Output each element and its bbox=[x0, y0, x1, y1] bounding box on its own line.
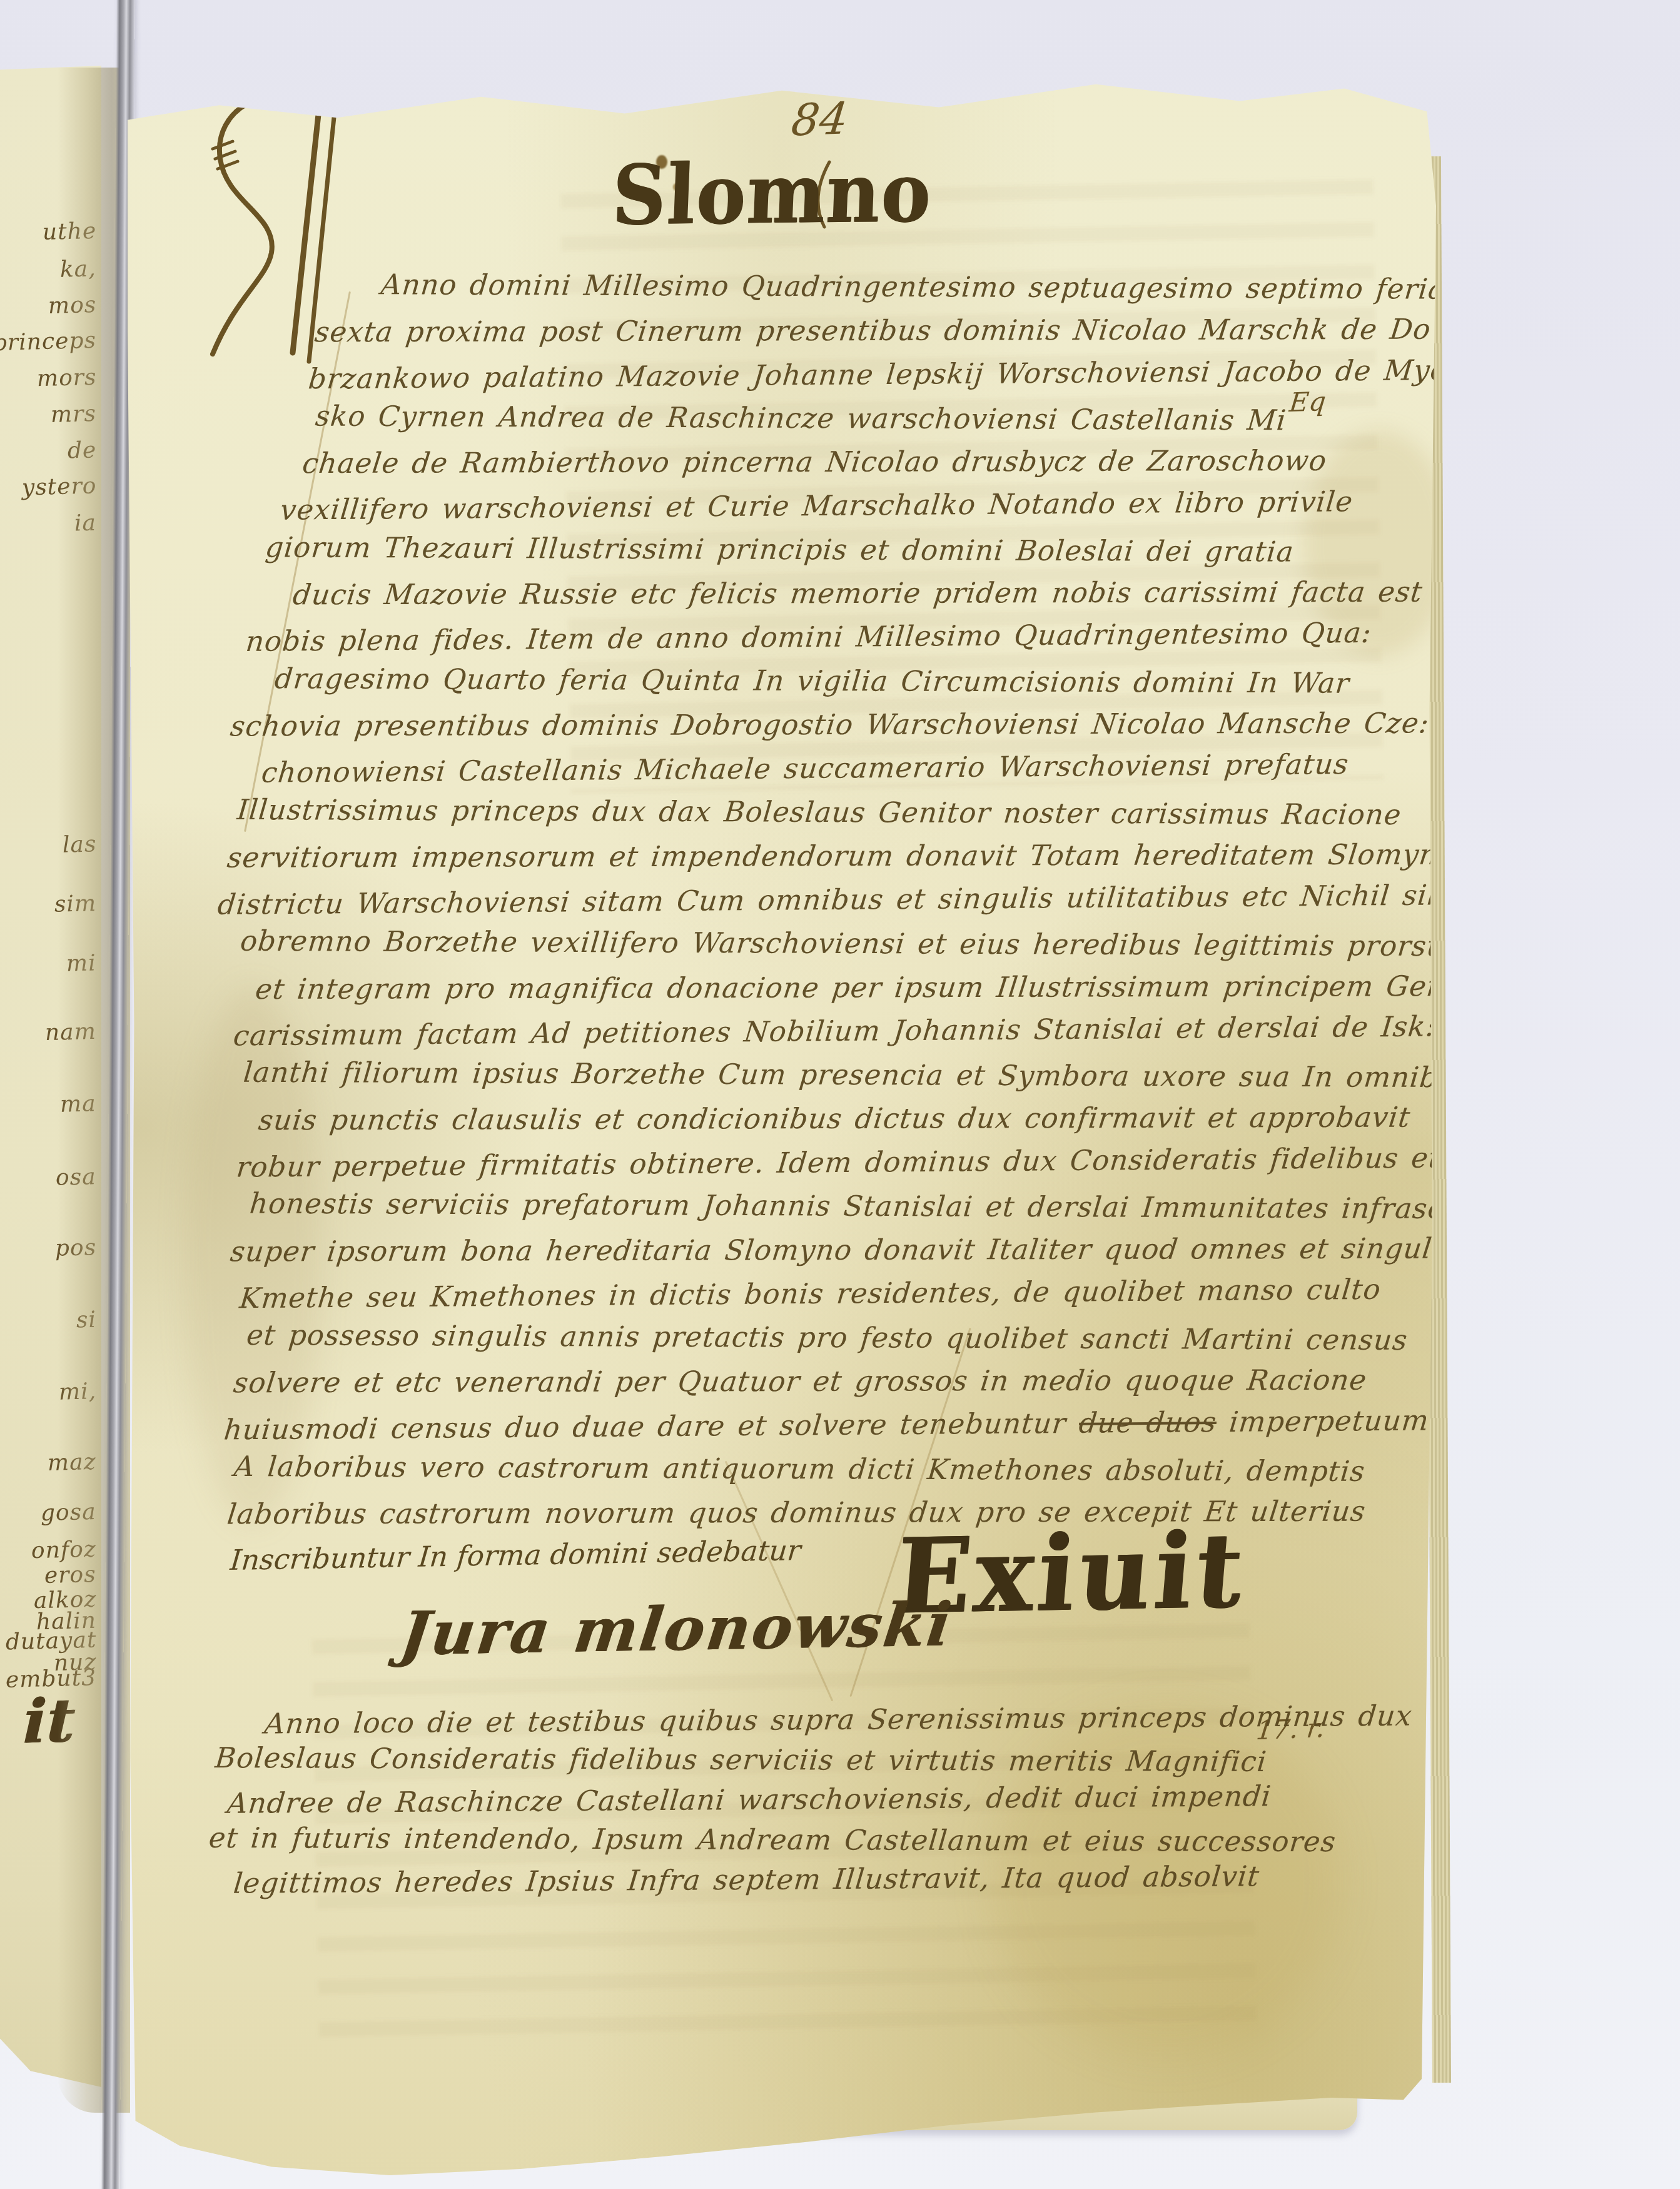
manuscript-line: lanthi filiorum ipsius Borzethe Cum pres… bbox=[242, 1056, 1474, 1094]
manuscript-line: obremno Borzethe vexillifero Warschovien… bbox=[239, 924, 1462, 963]
manuscript-line: giorum Thezauri Illustrissimi principis … bbox=[264, 530, 1295, 568]
manuscript-line: A laboribus vero castrorum antiquorum di… bbox=[233, 1450, 1367, 1488]
manuscript-line: et integram pro magnifica donacione per … bbox=[253, 969, 1680, 1006]
manuscript-line: honestis serviciis prefatorum Johannis S… bbox=[248, 1187, 1532, 1226]
manuscript-line: districtu Warschoviensi sitam Cum omnibu… bbox=[216, 878, 1457, 921]
manuscript-line: solvere et etc venerandi per Quatuor et … bbox=[232, 1363, 1369, 1400]
manuscript-line: et in futuris intendendo, Ipsum Andream … bbox=[208, 1821, 1337, 1858]
manuscript-line: Illustrissimus princeps dux dax Boleslau… bbox=[236, 793, 1403, 831]
manuscript-photo: uthe ka, mos princeps mors mrs de ystero… bbox=[0, 0, 1680, 2189]
manuscript-line: Anno domini Millesimo Quadringentesimo s… bbox=[380, 268, 1447, 305]
line-text: huiusmodi census duo duae dare et solver… bbox=[223, 1407, 1081, 1447]
manuscript-line: ducis Mazovie Russie etc felicis memorie… bbox=[291, 575, 1425, 612]
manuscript-line: et possesso singulis annis pretactis pro… bbox=[245, 1318, 1409, 1357]
record1-closing-line: Inscribuntur In forma domini sedebatur bbox=[229, 1534, 802, 1577]
manuscript-line: servitiorum impensorum et impendendorum … bbox=[225, 837, 1500, 874]
manuscript-line: schovia presentibus dominis Dobrogostio … bbox=[229, 706, 1432, 742]
manuscript-line: robur perpetue firmitatis obtinere. Idem… bbox=[235, 1141, 1442, 1183]
manuscript-line: dragesimo Quarto feria Quinta In vigilia… bbox=[273, 662, 1351, 700]
manuscript-page: 84 Slomno Eq Anno domini Millesimo Quadr… bbox=[128, 80, 1436, 2175]
manuscript-line: Kmethe seu Kmethones in dictis bonis res… bbox=[238, 1273, 1383, 1315]
margin-note-eq: Eq bbox=[1288, 386, 1327, 418]
struck-word: due duos bbox=[1078, 1405, 1218, 1440]
manuscript-line: sexta proxima post Cinerum presentibus d… bbox=[313, 313, 1433, 349]
section-heading: Jura mlonowski bbox=[397, 1589, 956, 1669]
manuscript-line: chaele de Rambierthovo pincerna Nicolao … bbox=[301, 444, 1329, 480]
manuscript-line: sko Cyrnen Andrea de Raschincze warschov… bbox=[314, 400, 1288, 437]
record-title: Slomno bbox=[610, 143, 933, 244]
manuscript-line: super ipsorum bona hereditaria Slomyno d… bbox=[229, 1231, 1444, 1268]
line-text: imperpetuum bbox=[1215, 1403, 1431, 1438]
manuscript-line: Boleslaus Consideratis fidelibus servici… bbox=[214, 1741, 1268, 1778]
folio-number: 84 bbox=[789, 93, 850, 146]
manuscript-line: huiusmodi census duo duae dare et solver… bbox=[223, 1403, 1431, 1446]
manuscript-line: carissimum factam Ad petitiones Nobilium… bbox=[232, 1009, 1438, 1052]
manuscript-line: suis punctis clausulis et condicionibus … bbox=[257, 1101, 1413, 1137]
